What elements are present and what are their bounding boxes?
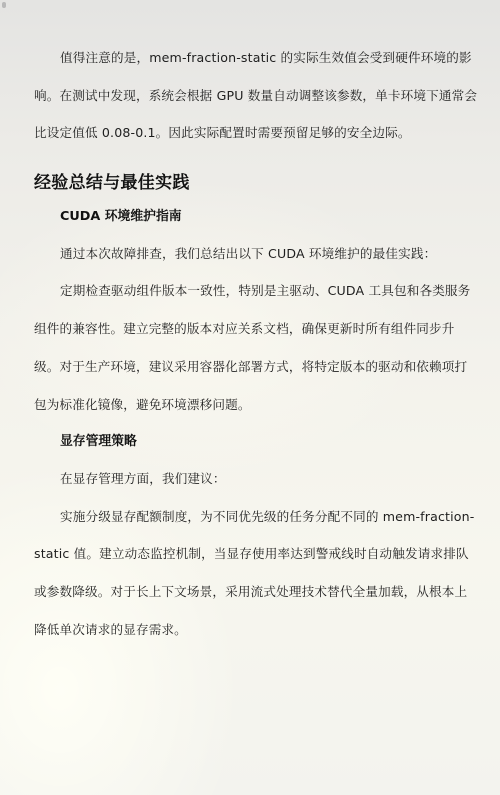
paragraph-line: 降低单次请求的显存需求。: [34, 622, 187, 638]
section-heading: 经验总结与最佳实践: [34, 173, 190, 193]
subsection-heading-memory: 显存管理策略: [60, 434, 137, 450]
paragraph-line: 比设定值低 0.08-0.1。因此实际配置时需要预留足够的安全边际。: [34, 125, 411, 141]
paragraph-line: 定期检查驱动组件版本一致性，特别是主驱动、CUDA 工具包和各类服务: [60, 283, 470, 299]
paragraph-line: 响。在测试中发现，系统会根据 GPU 数量自动调整该参数，单卡环境下通常会: [34, 88, 477, 104]
document-page: 值得注意的是，mem-fraction-static 的实际生效值会受到硬件环境…: [0, 0, 500, 795]
paragraph-line: static 值。建立动态监控机制，当显存使用率达到警戒线时自动触发请求排队: [34, 546, 469, 562]
paragraph-line: 或参数降级。对于长上下文场景，采用流式处理技术替代全量加载，从根本上: [34, 584, 467, 600]
subsection-heading-cuda: CUDA 环境维护指南: [60, 209, 182, 225]
paragraph-line: 值得注意的是，mem-fraction-static 的实际生效值会受到硬件环境…: [60, 50, 472, 66]
paragraph-line: 通过本次故障排查，我们总结出以下 CUDA 环境维护的最佳实践：: [60, 246, 436, 262]
paragraph-line: 级。对于生产环境，建议采用容器化部署方式，将特定版本的驱动和依赖项打: [34, 359, 467, 375]
paragraph-line: 实施分级显存配额制度，为不同优先级的任务分配不同的 mem-fraction-: [60, 509, 474, 525]
paragraph-line: 组件的兼容性。建立完整的版本对应关系文档，确保更新时所有组件同步升: [34, 321, 455, 337]
paragraph-line: 在显存管理方面，我们建议：: [60, 471, 226, 487]
paragraph-line: 包为标准化镜像，避免环境漂移问题。: [34, 397, 251, 413]
page-corner-mark: [2, 2, 6, 8]
